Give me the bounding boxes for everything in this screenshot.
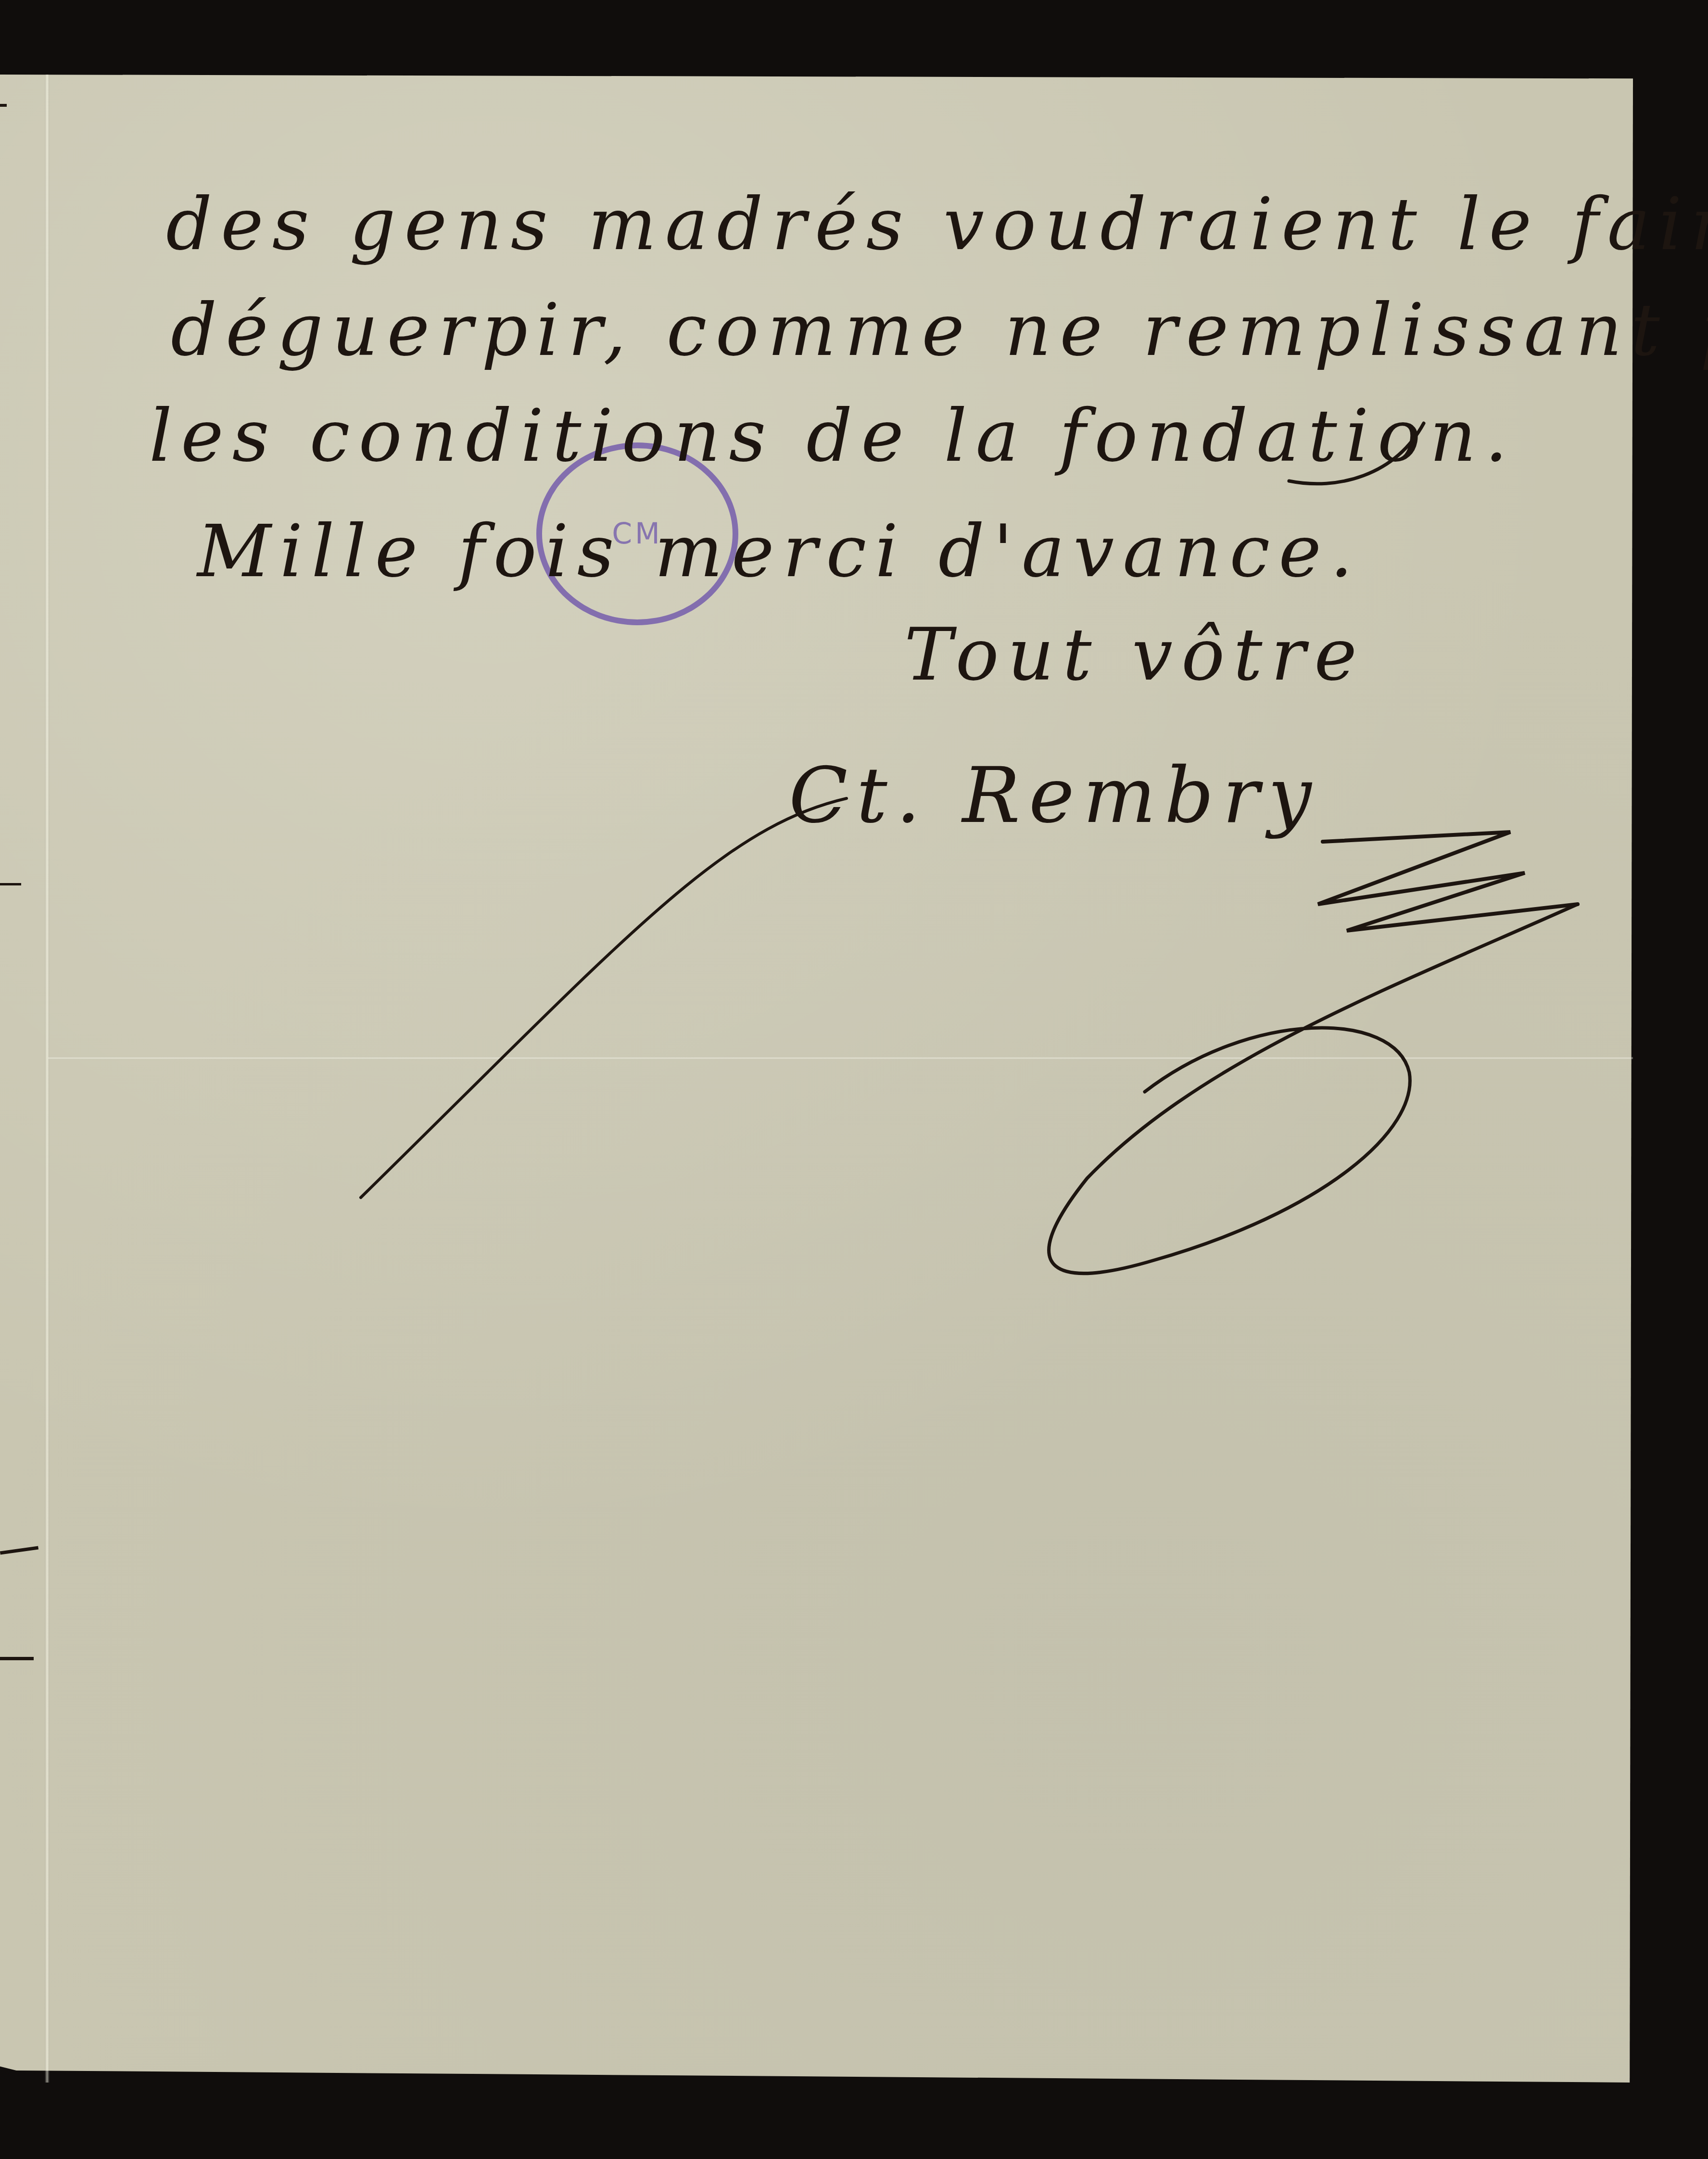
letter-line-3: les conditions de la fondation. [149,394,1516,478]
letter-paper [0,75,1633,2083]
closing-line: Mille fois merci d'avance. [197,510,1362,593]
margin-fragment [0,104,7,107]
letter-line-2: déguerpir, comme ne remplissant pas [171,289,1708,372]
margin-fragment [0,1657,34,1660]
valediction: Tout vôtre [904,613,1366,697]
vertical-fold-line [45,75,50,2083]
letter-line-1: des gens madrés voudraient le faire [166,183,1708,266]
margin-fragment [0,883,21,885]
signature: Ct. Rembry [789,750,1320,840]
horizontal-fold-line [48,1057,1633,1060]
